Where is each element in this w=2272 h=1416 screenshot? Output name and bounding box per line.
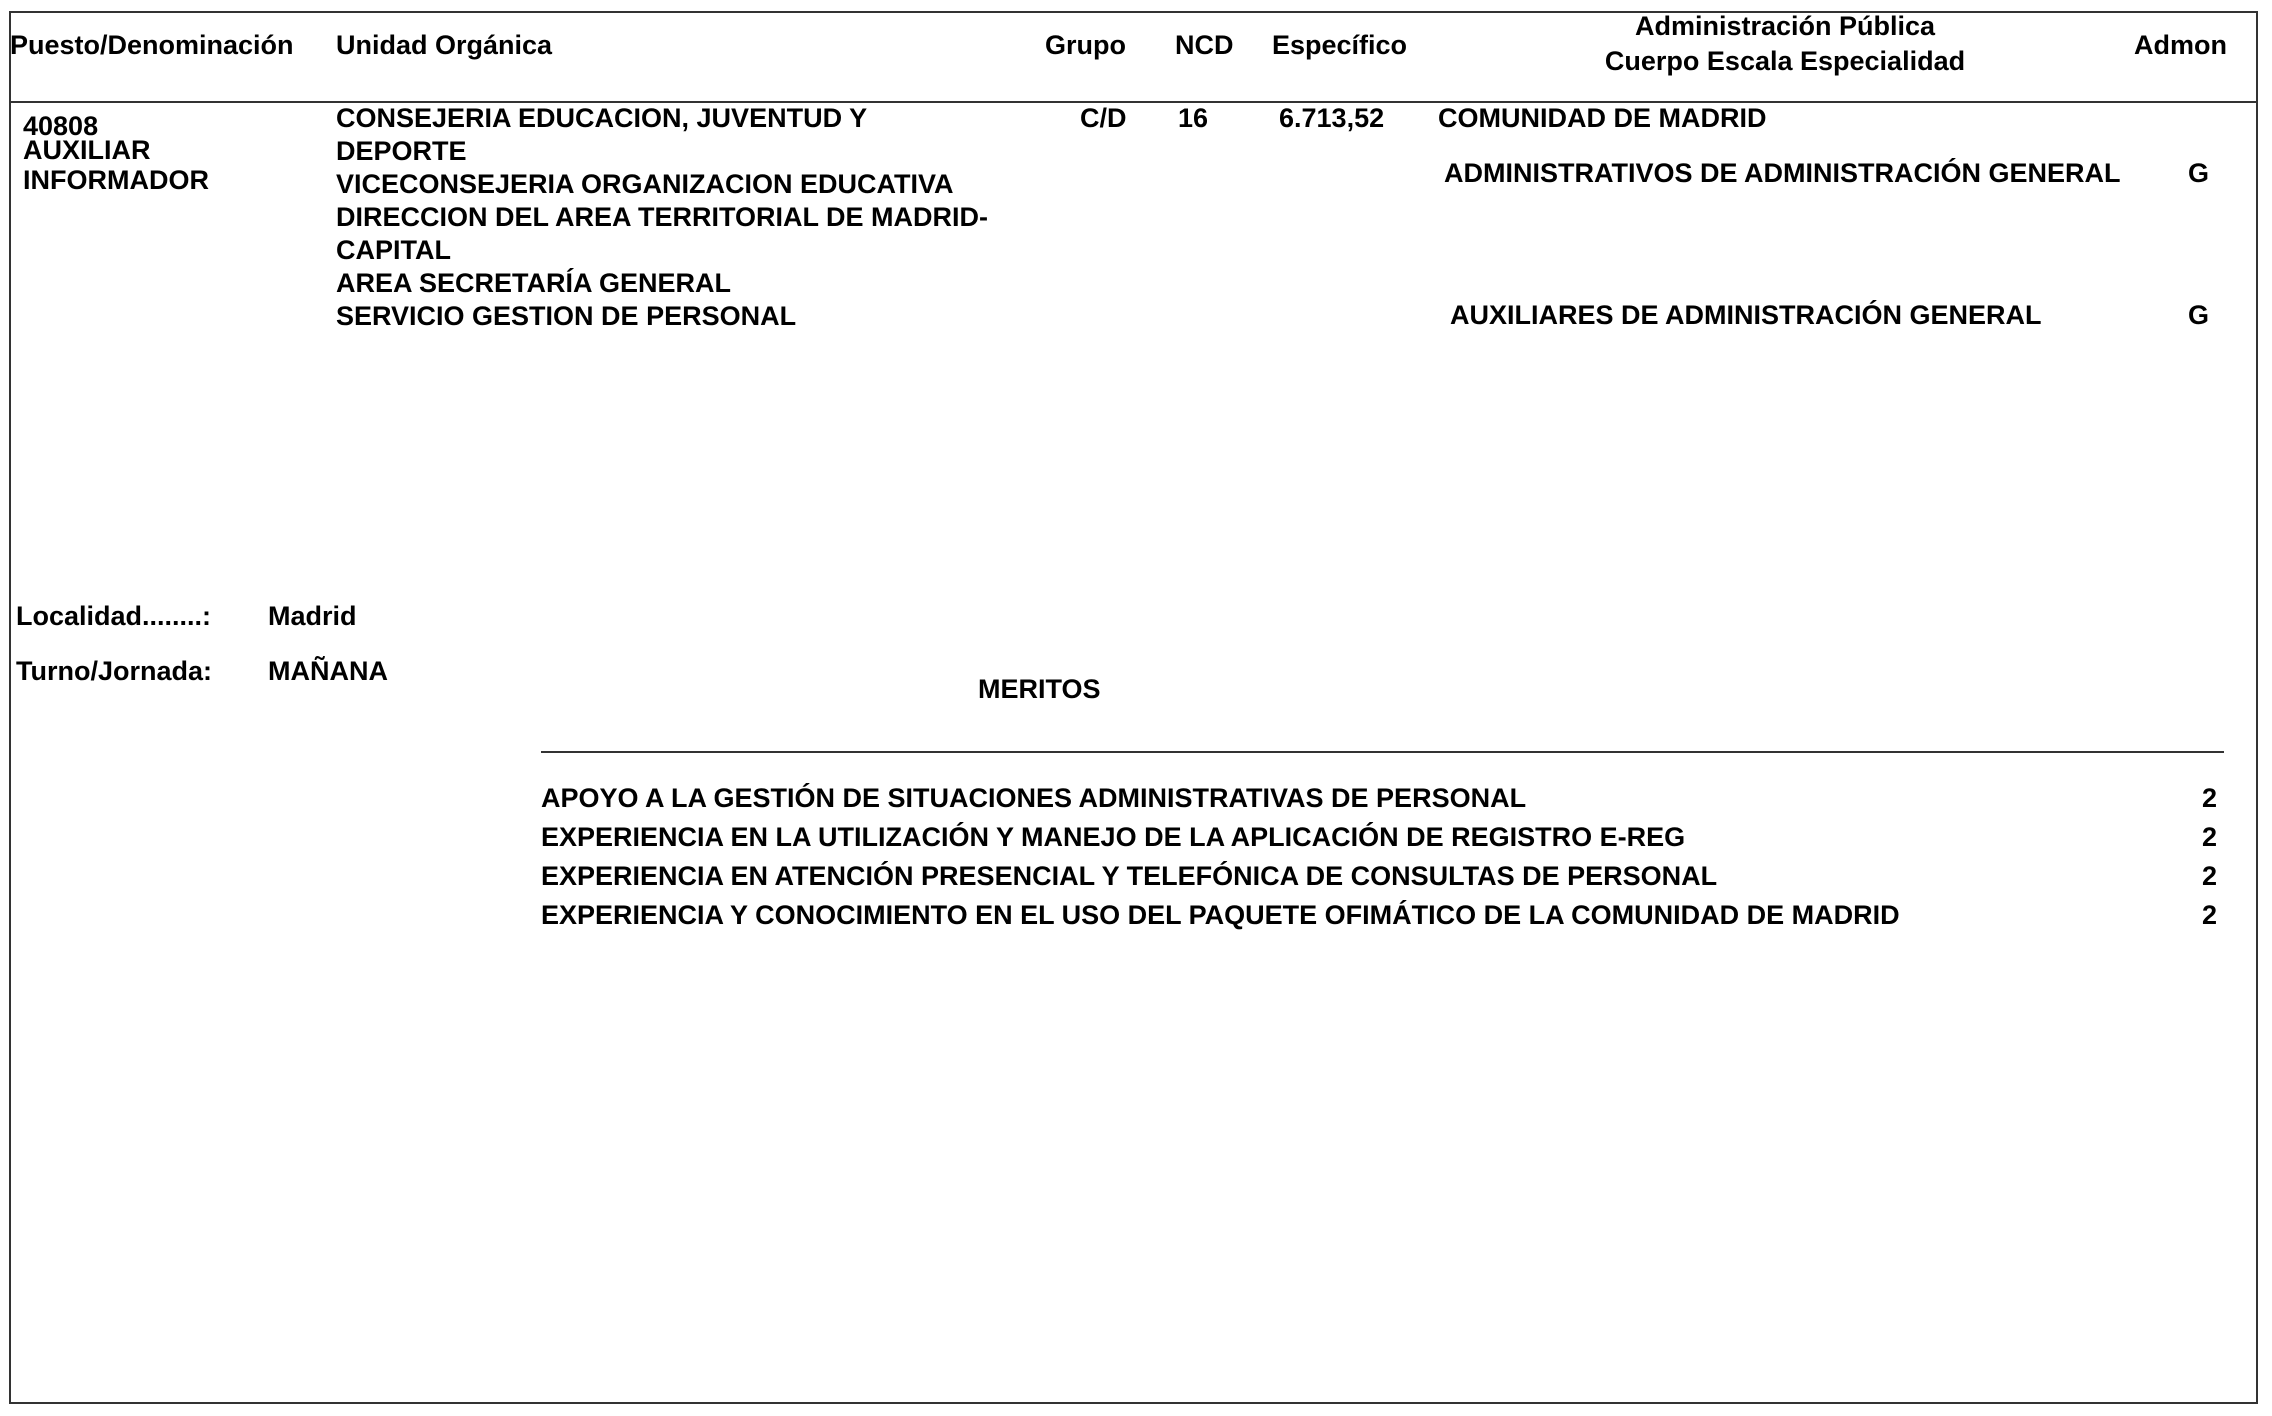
merito-row: EXPERIENCIA Y CONOCIMIENTO EN EL USO DEL… [541,896,2217,935]
header-puesto: Puesto/Denominación [10,29,294,62]
unidad-line: CAPITAL [336,234,988,267]
merito-points: 2 [2202,818,2217,857]
merito-points: 2 [2202,857,2217,896]
merito-row: EXPERIENCIA EN ATENCIÓN PRESENCIAL Y TEL… [541,857,2217,896]
cuerpo-admon: G [2188,299,2209,332]
header-admin-publica: Administración Pública [1540,10,2030,43]
unidad-organica: CONSEJERIA EDUCACION, JUVENTUD Y DEPORTE… [336,102,988,333]
header-cuerpo-escala: Cuerpo Escala Especialidad [1540,45,2030,78]
turno-label: Turno/Jornada: [16,655,212,688]
puesto-denominacion: 40808 AUXILIAR INFORMADOR [23,110,209,197]
header-admon: Admon [2134,29,2227,62]
unidad-line: DIRECCION DEL AREA TERRITORIAL DE MADRID… [336,201,988,234]
ncd-value: 16 [1178,102,1208,135]
unidad-line: SERVICIO GESTION DE PERSONAL [336,300,988,333]
localidad-value: Madrid [268,600,357,633]
meritos-title: MERITOS [978,673,1101,706]
merito-text: EXPERIENCIA Y CONOCIMIENTO EN EL USO DEL… [541,896,1900,935]
merito-points: 2 [2202,779,2217,818]
puesto-name-line1: AUXILIAR [23,136,209,164]
merito-text: EXPERIENCIA EN ATENCIÓN PRESENCIAL Y TEL… [541,857,1717,896]
cuerpo-name: ADMINISTRATIVOS DE ADMINISTRACIÓN GENERA… [1444,157,2121,190]
grupo-value: C/D [1080,102,1127,135]
turno-value: MAÑANA [268,655,388,688]
header-ncd: NCD [1175,29,1234,62]
merito-row: APOYO A LA GESTIÓN DE SITUACIONES ADMINI… [541,779,2217,818]
cuerpo-name: AUXILIARES DE ADMINISTRACIÓN GENERAL [1450,299,2042,332]
administracion-value: COMUNIDAD DE MADRID [1438,102,1766,135]
merito-row: EXPERIENCIA EN LA UTILIZACIÓN Y MANEJO D… [541,818,2217,857]
meritos-divider [541,751,2224,753]
header-especifico: Específico [1272,29,1407,62]
unidad-line: VICECONSEJERIA ORGANIZACION EDUCATIVA [336,168,988,201]
header-unidad: Unidad Orgánica [336,29,552,62]
header-grupo: Grupo [1045,29,1126,62]
merito-text: EXPERIENCIA EN LA UTILIZACIÓN Y MANEJO D… [541,818,1685,857]
localidad-label: Localidad........: [16,600,211,633]
unidad-line: DEPORTE [336,135,988,168]
merito-text: APOYO A LA GESTIÓN DE SITUACIONES ADMINI… [541,779,1526,818]
merito-points: 2 [2202,896,2217,935]
especifico-value: 6.713,52 [1279,102,1384,135]
meritos-list: APOYO A LA GESTIÓN DE SITUACIONES ADMINI… [541,779,2217,935]
unidad-line: AREA SECRETARÍA GENERAL [336,267,988,300]
unidad-line: CONSEJERIA EDUCACION, JUVENTUD Y [336,102,988,135]
cuerpo-admon: G [2188,157,2209,190]
puesto-name-line2: INFORMADOR [23,164,209,197]
